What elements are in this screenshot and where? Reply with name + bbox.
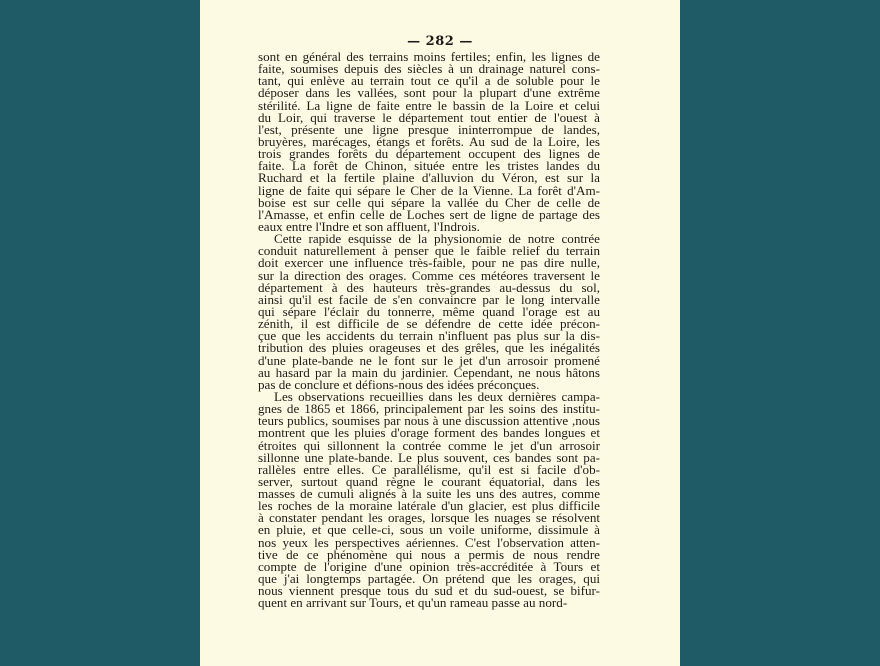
paragraph: sont en général des terrains moins ferti… — [258, 51, 600, 233]
paragraph: Cette rapide esquisse de la physionomie … — [258, 233, 600, 391]
text-line: quent en arrivant sur Tours, et qu'un ra… — [258, 597, 600, 609]
paragraph: Les observations recueillies dans les de… — [258, 391, 600, 610]
body-text: sont en général des terrains moins ferti… — [258, 51, 600, 609]
page-number: — 282 — — [200, 34, 680, 49]
scanned-page: — 282 — sont en général des terrains moi… — [200, 0, 680, 666]
